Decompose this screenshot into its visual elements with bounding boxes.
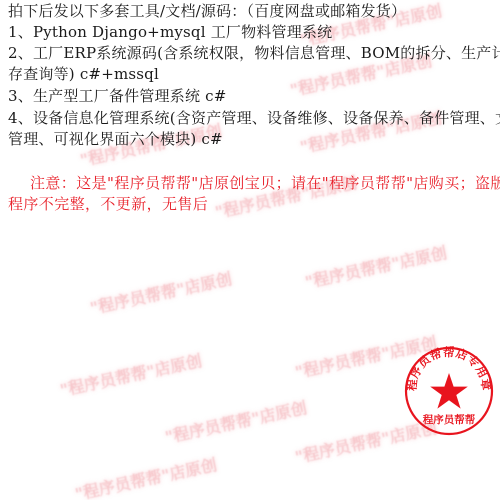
watermark-text: "程序员帮帮"店原创 [73, 452, 219, 500]
watermark-text: "程序员帮帮"店原创 [163, 395, 309, 448]
notice-line-1: 注意：这是"程序员帮帮"店原创宝贝；请在"程序员帮帮"店购买；盗版店 [30, 173, 500, 193]
seal-bottom-text: 程序员帮帮 [423, 413, 476, 426]
watermark-text: "程序员帮帮"店原创 [58, 348, 204, 401]
list-item: 4、设备信息化管理系统(含资产管理、设备维修、设备保养、备件管理、文件 [8, 108, 500, 128]
header-line: 拍下后发以下多套工具/文档/源码：（百度网盘或邮箱发货） [8, 1, 406, 21]
list-item: 3、生产型工厂备件管理系统 c# [8, 86, 226, 106]
star-icon [430, 373, 468, 409]
list-item: 存查询等) c#+mssql [8, 64, 159, 84]
notice-line-2: 程序不完整，不更新，无售后 [8, 194, 208, 214]
document-page: "程序员帮帮"店原创"程序员帮帮"店原创"程序员帮帮"店原创"程序员帮帮"店原创… [0, 0, 500, 500]
list-item: 1、Python Django+mysql 工厂物料管理系统 [8, 22, 332, 42]
list-item: 2、工厂ERP系统源码(含系统权限，物料信息管理、BOM的拆分、生产计划、库 [8, 43, 500, 63]
official-seal: 程序员帮帮店专用章 程序员帮帮 [403, 345, 495, 437]
watermark-text: "程序员帮帮"店原创 [303, 240, 449, 293]
list-item: 管理、可视化界面六个模块) c# [8, 129, 223, 149]
watermark-text: "程序员帮帮"店原创 [88, 266, 234, 319]
